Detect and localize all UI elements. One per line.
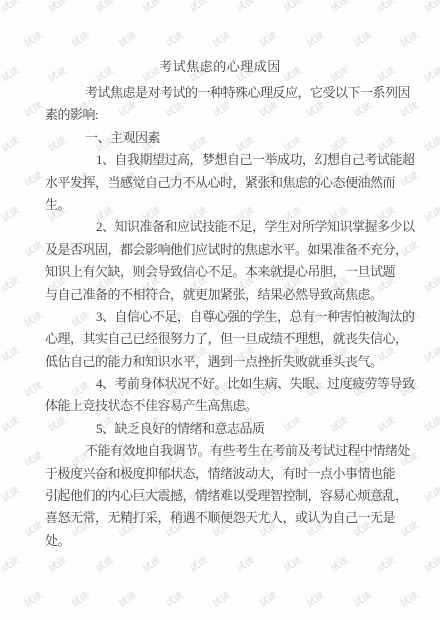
text-line: 体能上竞技状态不佳容易产生高焦虑。 [45,395,415,417]
page-title: 考试焦虑的心理成因 [0,56,440,75]
text-line: 生。 [45,194,415,216]
text-line: 一、主观因素 [45,127,415,149]
text-line: 喜怒无常，无精打采，稍遇不顺便怨天尤人，或认为自己一无是 [45,507,415,529]
text-line: 不能有效地自我调节。有些考生在考前及考试过程中情绪处 [45,440,415,462]
text-line: 素的影响: [45,104,415,126]
text-line: 2、知识准备和应试技能不足，学生对所学知识掌握多少以 [45,216,415,238]
text-line: 知识上有欠缺，则会导致信心不足。本来就提心吊胆，一旦试题 [45,261,415,283]
text-line: 3、自信心不足，自尊心强的学生，总有一种害怕被淘汰的 [45,306,415,328]
text-line: 于极度兴奋和极度抑郁状态，情绪波动大，有时一点小事情也能 [45,463,415,485]
text-line: 水平发挥，当感觉自己力不从心时，紧张和焦虑的心态便油然而 [45,172,415,194]
text-line: 及是否巩固，都会影响他们应试时的焦虑水平。如果准备不充分， [45,239,415,261]
text-line: 处。 [45,530,415,552]
body-text: 考试焦虑是对考试的一种特殊心理反应，它受以下一系列因 素的影响: 一、主观因素 … [45,82,415,552]
text-line: 心理，其实自己已经很努力了，但一旦成绩不理想，就丧失信心， [45,328,415,350]
text-line: 引起他们的内心巨大震撼，情绪难以受理智控制，容易心烦意乱， [45,485,415,507]
text-line: 1、自我期望过高，梦想自己一举成功，幻想自己考试能超 [45,149,415,171]
text-line: 4、考前身体状况不好。比如生病、失眠、过度疲劳等导致 [45,373,415,395]
text-line: 低估自己的能力和知识水平，遇到一点挫折失败就垂头丧气。 [45,351,415,373]
text-line: 5、缺乏良好的情绪和意志品质 [45,418,415,440]
text-line: 考试焦虑是对考试的一种特殊心理反应，它受以下一系列因 [45,82,415,104]
text-line: 与自己准备的不相符合，就更加紧张，结果必然导致高焦虑。 [45,284,415,306]
document-page: 试读 试读 考试焦虑的心理成因 考试焦虑是对考试的一种特殊心理反应，它受以下一系… [0,0,440,620]
